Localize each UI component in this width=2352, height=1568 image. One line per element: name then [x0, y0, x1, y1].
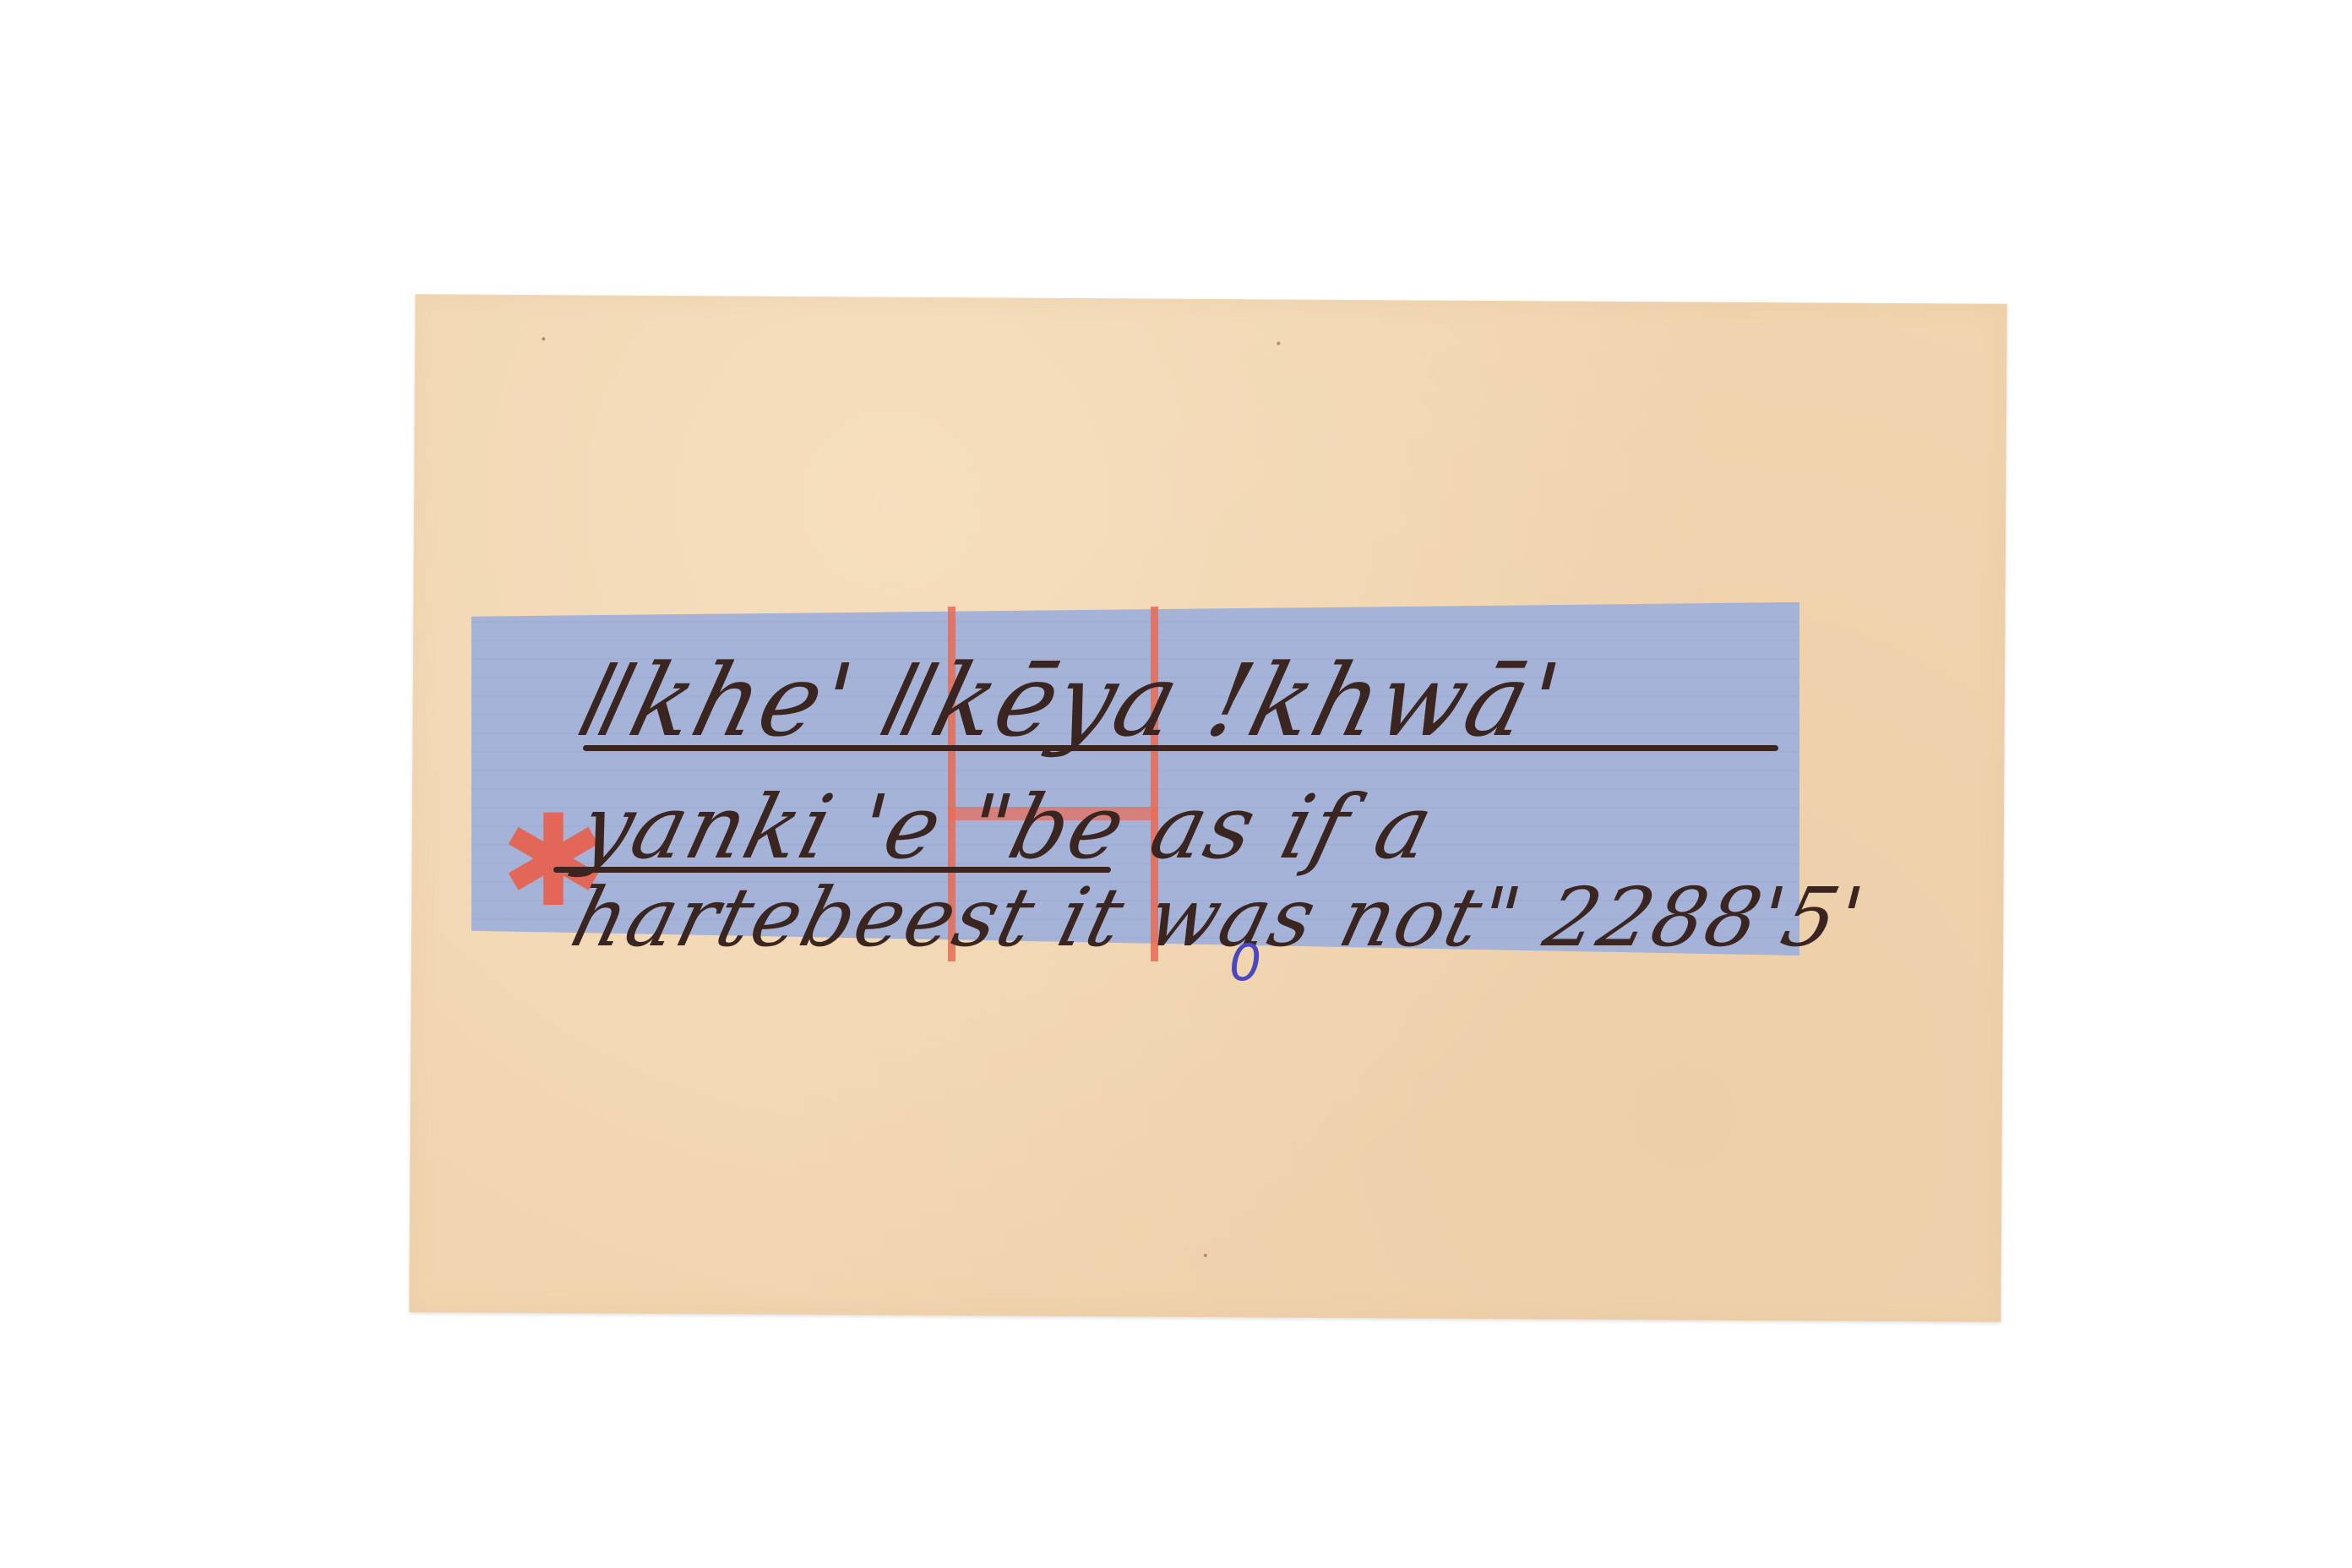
blue-annotation: 0	[1229, 934, 1261, 993]
manuscript-line-2: yanki 'e "be as if a	[570, 776, 1445, 879]
paper-speck	[542, 337, 545, 340]
paper-speck	[1204, 1254, 1207, 1257]
paper-speck	[1277, 341, 1280, 345]
underline-1	[583, 745, 1778, 751]
manuscript-line-3: hartebeest it was not" 2288'5'	[563, 870, 1874, 965]
manuscript-line-1: ǁkhe' ǁkēya !khwā'	[569, 642, 1572, 759]
